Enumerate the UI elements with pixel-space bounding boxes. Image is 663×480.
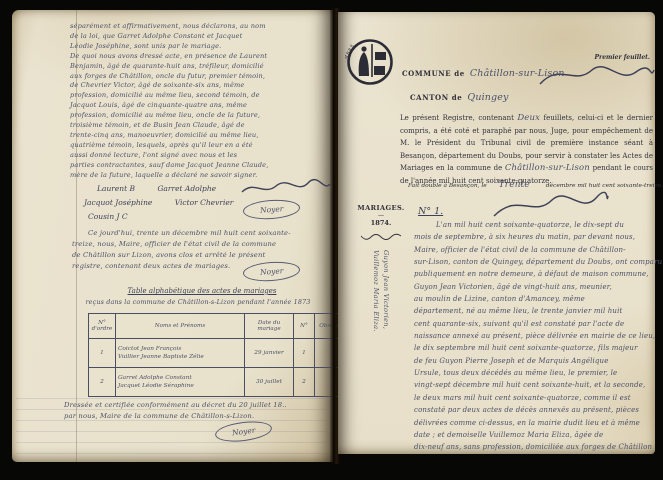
closing-line: Ce jourd'hui, trente un décembre mil hui… <box>72 228 332 239</box>
left-page: séparément et affirmativement, nous décl… <box>12 10 333 462</box>
certification-line: Dressée et certifiée conformément au déc… <box>64 400 334 411</box>
margin-heading: MARIAGES. — 1874. <box>356 204 406 246</box>
certification-line: par nous, Maire de la commune de Châtill… <box>64 411 334 422</box>
act-line: profession, domicilié au même lieu, seco… <box>70 91 328 101</box>
act-line: de la loi, que Garret Adolphe Constant e… <box>70 32 328 42</box>
handwritten-fill-commune: Châtillon-sur-Lison <box>505 163 590 173</box>
column-header-register-number: N° <box>294 314 315 339</box>
act-line: de Chevrier Victor, âgé de soixante-six … <box>70 81 328 91</box>
cell-register-number: 1 <box>294 339 315 368</box>
register-opening-paragraph: Le présent Registre, contenant Deux feui… <box>400 112 653 188</box>
marriage-act-continuation: séparément et affirmativement, nous décl… <box>70 22 328 181</box>
closing-line: de Châtillon sur Lizon, avons clos et ar… <box>72 250 332 261</box>
spouse-name: Coictot Jean François <box>118 345 242 353</box>
act-line: Guyon Jean Victorien, âgé de vingt-huit … <box>414 281 660 293</box>
act-line: le deux mars mil huit cent soixante-quat… <box>414 392 660 404</box>
signatures-row-2: Jacquot Joséphine Victor Chevrier <box>84 198 253 207</box>
spouse-name: Jacquet Léodie Séraphine <box>118 382 242 390</box>
act-line: Maire, officier de l'état civil de la co… <box>414 244 660 256</box>
signature-flourish <box>240 178 332 198</box>
act-line: mois de septembre, à six heures du matin… <box>414 231 660 243</box>
commune-line: COMMUNE de Châtillon-sur-Lison <box>402 61 565 80</box>
commune-value: Châtillon-sur-Lison <box>470 68 565 79</box>
act-line: trente-cinq ans, manoeuvrier, domicilié … <box>70 131 328 141</box>
bride-name-margin: Vuillemoz Maria Eliza. <box>372 250 380 380</box>
table-row: 2 Garret Adolphe Constant Jacquet Léodie… <box>89 368 362 397</box>
act-line: au moulin de Lizine, canton d'Amancey, m… <box>414 293 660 305</box>
cell-order: 1 <box>89 339 116 368</box>
act-line: Léodie Joséphine, sont unis par le maria… <box>70 42 328 52</box>
table-caption-subtitle: reçus dans la commune de Châtillon-s-Liz… <box>64 298 332 306</box>
act-line: naissance annexé au présent, pièce déliv… <box>414 330 660 342</box>
cell-order: 2 <box>89 368 116 397</box>
table-row: 1 Coictot Jean François Vuillier Jeanne … <box>89 339 362 368</box>
groom-name-margin: Guyon Jean Victorien, <box>382 250 390 380</box>
act-line: sur-Lison, canton de Quingey, départemen… <box>414 256 660 268</box>
stamp-rim-text: TIMBRE <box>345 42 355 66</box>
act-line: L'an mil huit cent soixante-quatorze, le… <box>414 219 660 231</box>
fait-double-label: Fait double à Besançon, le <box>408 183 487 189</box>
spouse-name: Garret Adolphe Constant <box>118 374 242 382</box>
cell-names: Coictot Jean François Vuillier Jeanne Ba… <box>116 339 245 368</box>
cell-register-number: 2 <box>294 368 315 397</box>
signature: Jacquot Joséphine <box>84 198 152 207</box>
act-line: Benjamin, âgé de quarante-huit ans, tréf… <box>70 62 328 72</box>
signature: Garret Adolphe <box>157 184 216 193</box>
act-line: séparément et affirmativement, nous décl… <box>70 22 328 32</box>
cell-names: Garret Adolphe Constant Jacquet Léodie S… <box>116 368 245 397</box>
alphabetical-index-table: N° d'ordre Noms et Prénoms Date du maria… <box>88 313 362 397</box>
act-line: aussi donné lecture, l'ont signé avec no… <box>70 151 328 161</box>
act-line: constaté par deux actes de décès annexés… <box>414 404 660 416</box>
act-line: de feu Guyon Pierre Joseph et de Marquis… <box>414 355 660 367</box>
signature: Victor Chevrier <box>175 198 234 207</box>
act-line: département, né au même lieu, le trente … <box>414 305 660 317</box>
act-number: N° 1. <box>418 206 443 217</box>
act-line: aux forges de Châtillon, oncle du futur,… <box>70 72 328 82</box>
margin-spouse-names: Guyon Jean Victorien, Vuillemoz Maria El… <box>370 250 390 380</box>
act-line: publiquement en notre demeure, à défaut … <box>414 268 660 280</box>
act-line: profession, domicilié au même lieu, oncl… <box>70 111 328 121</box>
signature: Cousin J C <box>88 212 128 221</box>
spouse-name: Vuillier Jeanne Baptiste Zélie <box>118 353 242 361</box>
table-caption-title: Table alphabétique des actes de mariages <box>82 287 322 295</box>
canton-value: Quingey <box>467 92 508 103</box>
act-line: Jacquot Louis, âgé de cinquante-quatre a… <box>70 101 328 111</box>
column-header-date: Date du mariage <box>245 314 294 339</box>
act-line: cent quarante-six, suivant qu'il est con… <box>414 318 660 330</box>
table-certification-paragraph: Dressée et certifiée conformément au déc… <box>64 400 334 422</box>
cell-date: 30 juillet <box>245 368 294 397</box>
year-heading: 1874. <box>356 219 406 227</box>
revenue-timbre-stamp-icon: TIMBRE <box>345 36 397 90</box>
act-line: délivrées comme ci-dessus, en la mairie … <box>414 417 660 429</box>
act-line: troisième témoin, et de Busin Jean Claud… <box>70 121 328 131</box>
handwritten-fill-sheets-count: Deux <box>517 113 540 123</box>
marriage-act-no1-text: L'an mil huit cent soixante-quatorze, le… <box>414 219 660 454</box>
right-page: TIMBRE Premier feuillet. COMMUNE de Chât… <box>338 12 655 454</box>
signatures-row-1: Laurent B Garret Adolphe <box>97 184 236 193</box>
heading-dash: — <box>356 212 406 219</box>
column-header-names: Noms et Prénoms <box>116 314 245 339</box>
act-line: De quoi nous avons dressé acte, en prése… <box>70 52 328 62</box>
act-line: vingt-sept décembre mil huit cent soixan… <box>414 379 660 391</box>
cell-date: 29 janvier <box>245 339 294 368</box>
mariages-heading: MARIAGES. <box>356 204 406 212</box>
mayor-paraph-flourish <box>490 188 610 222</box>
signatures-row-3: Cousin J C <box>88 212 148 221</box>
act-line: parties contractantes, sauf dame Jacquot… <box>70 161 328 171</box>
act-line: le dix septembre mil huit cent soixante-… <box>414 342 660 354</box>
act-line: Ursule, tous deux décédés au même lieu, … <box>414 367 660 379</box>
canton-line: CANTON de Quingey <box>410 85 509 104</box>
act-line: dix-neuf ans, sans profession, domicilié… <box>414 441 660 453</box>
signature: Laurent B <box>97 184 135 193</box>
printed-text: Le présent Registre, contenant <box>400 114 517 122</box>
table-header-row: N° d'ordre Noms et Prénoms Date du maria… <box>89 314 362 339</box>
commune-label: COMMUNE de <box>402 69 465 78</box>
canton-label: CANTON de <box>410 93 462 102</box>
heading-squiggle <box>360 233 402 242</box>
act-line: quatrième témoin, lesquels, après qu'il … <box>70 141 328 151</box>
act-line: date ; et demoiselle Vuillemoz Maria Eli… <box>414 429 660 441</box>
closing-line: treize, nous, Maire, officier de l'état … <box>72 239 332 250</box>
column-header-order: N° d'ordre <box>89 314 116 339</box>
